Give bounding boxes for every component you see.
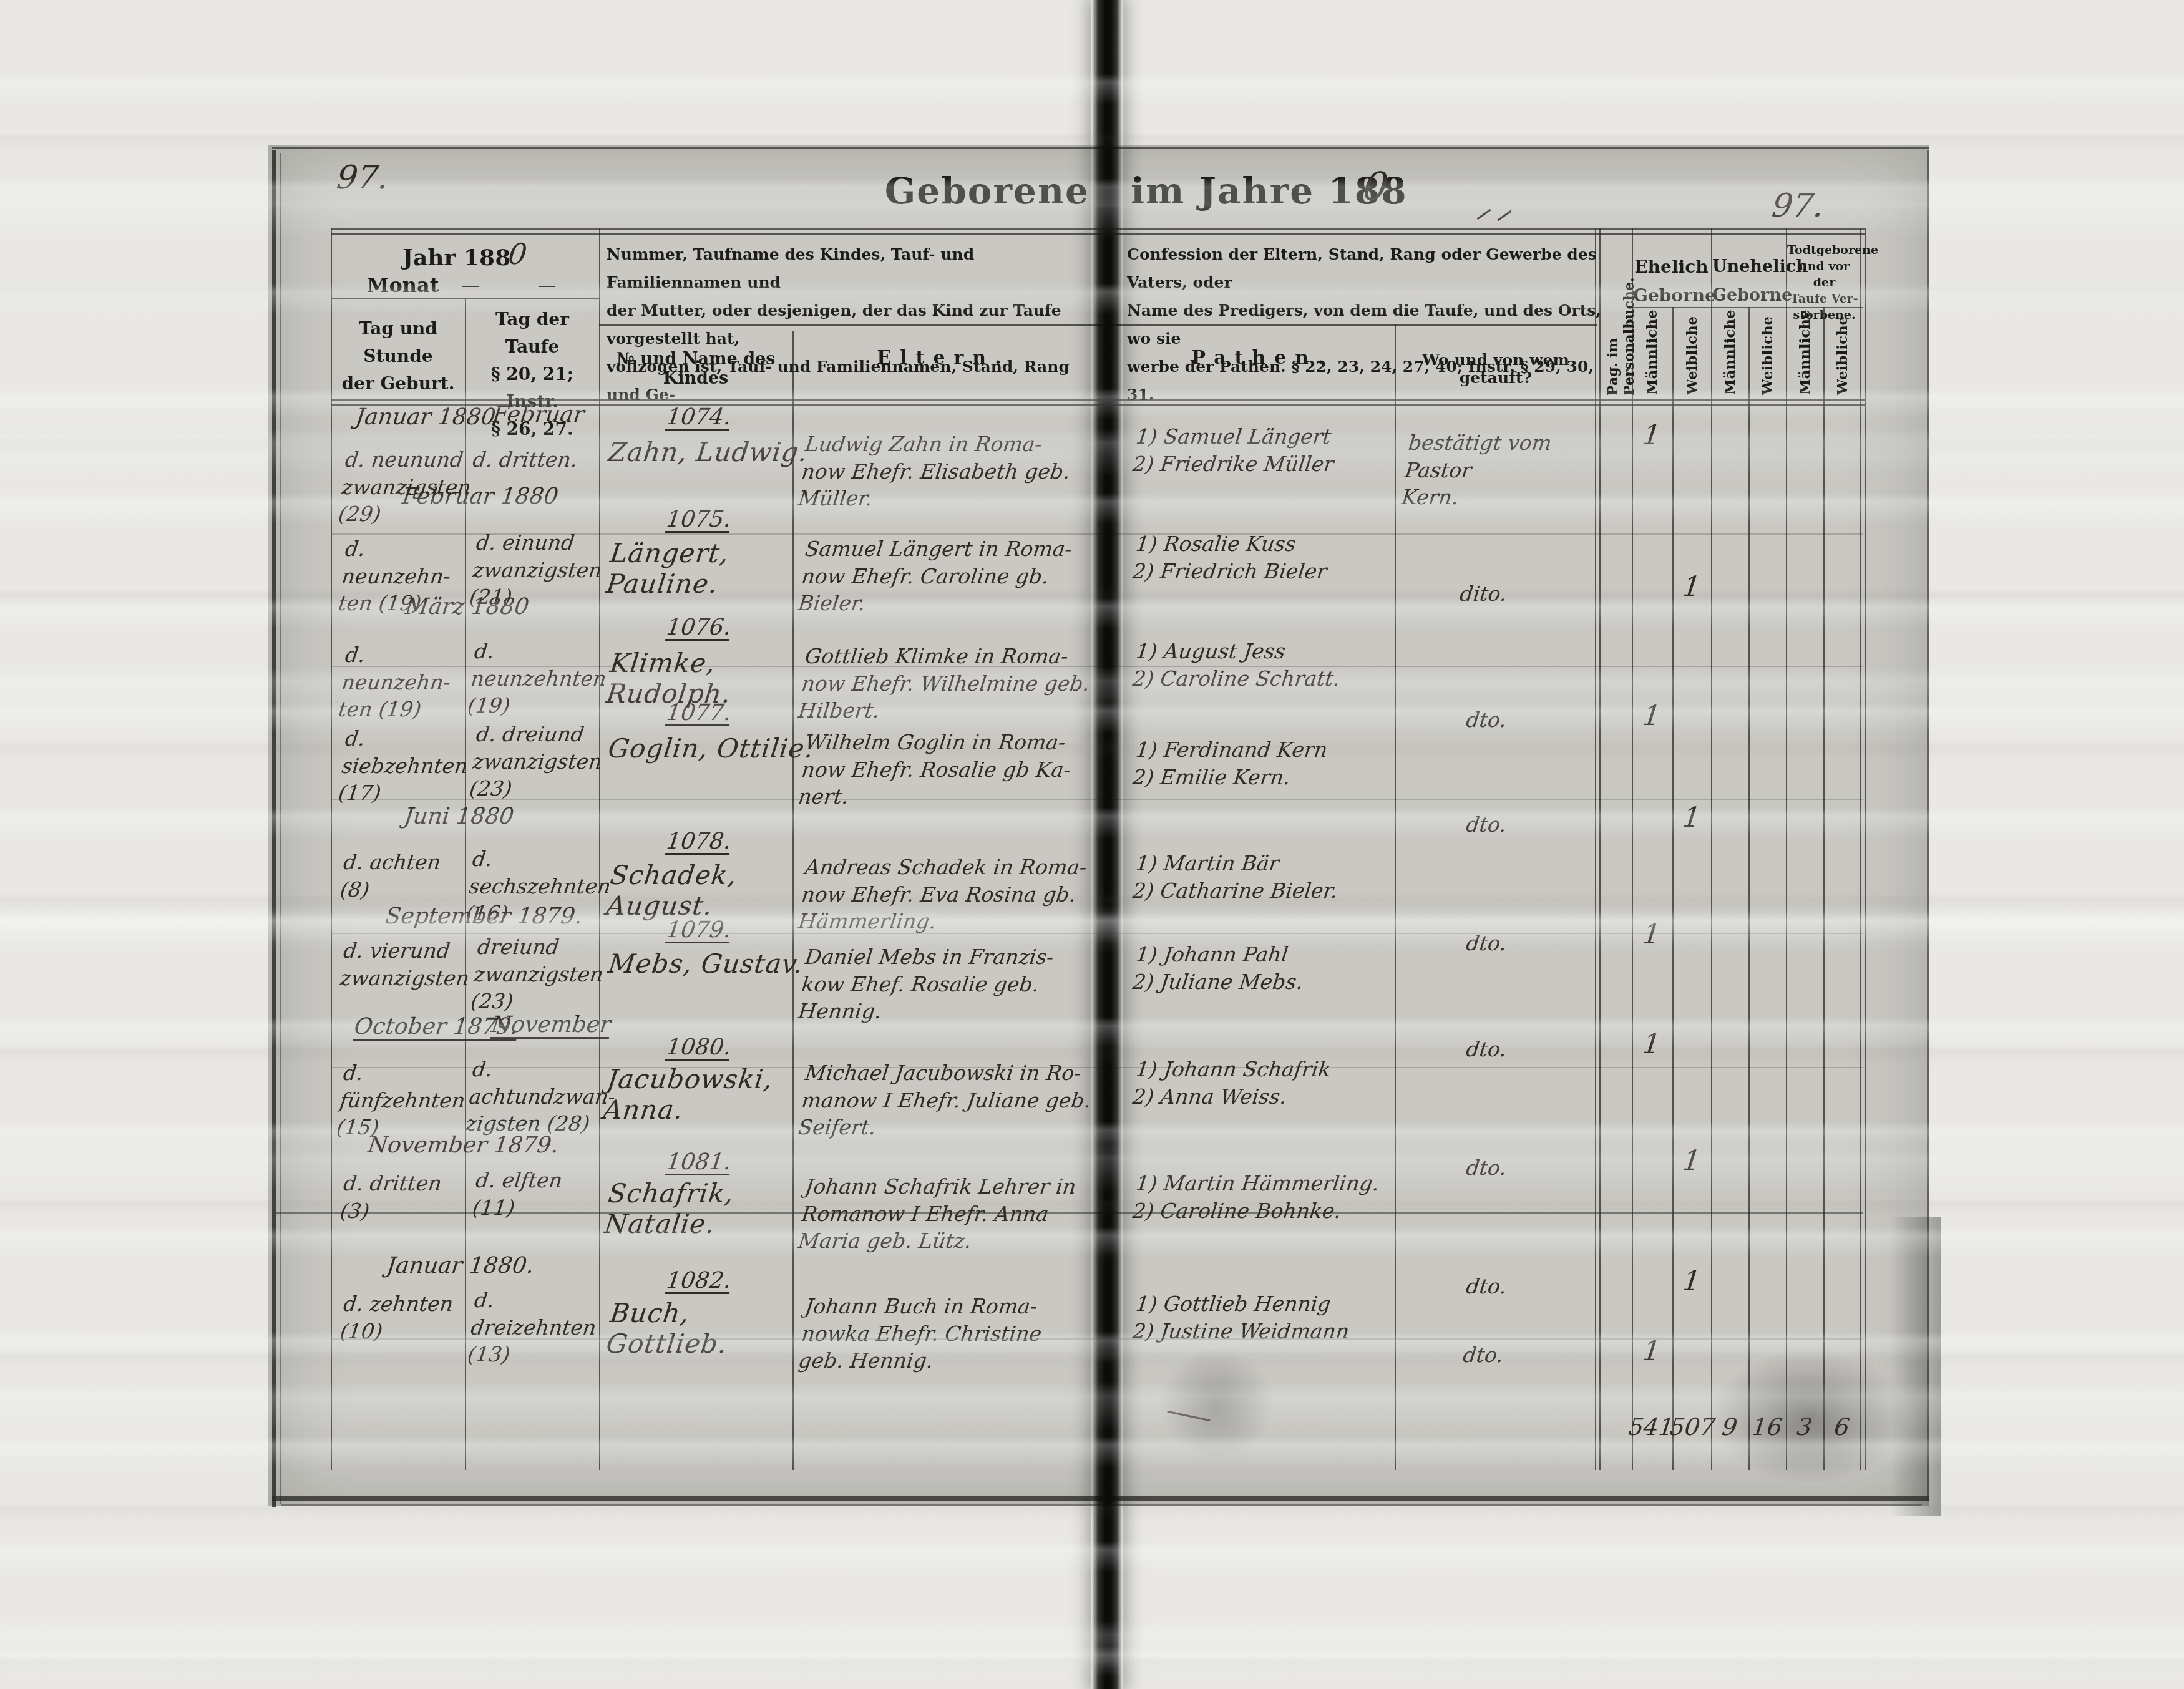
record-baptism-note: dto. xyxy=(1465,1154,1508,1182)
month-header-baptism: November xyxy=(490,1012,612,1038)
record-parents: Johann Schafrik Lehrer in Romanow I Ehef… xyxy=(797,1173,1097,1255)
table-line xyxy=(1748,307,1750,1470)
record-birth-date: d. fünfzehnten (15) xyxy=(335,1059,470,1141)
record-baptism-date: d. dreizehnten (13) xyxy=(466,1287,604,1368)
column-header-where-baptized: Wo und von wem getauft? xyxy=(1397,351,1595,387)
table-line xyxy=(331,228,332,1470)
record-number: 1079. xyxy=(607,917,791,943)
record-baptism-note: dto. xyxy=(1465,930,1508,957)
record-parents: Michael Jacubowski in Ro- manow I Ehefr.… xyxy=(797,1059,1097,1141)
table-line xyxy=(1395,324,1396,1470)
subcolumn-male-stillborn: Männliche xyxy=(1796,315,1813,395)
record-number: 1082. xyxy=(607,1268,791,1293)
total-stillborn-female: 6 xyxy=(1820,1413,1863,1441)
page-number-right: 97. xyxy=(1770,187,1826,225)
column-header-number-name: № und Name des Kindes xyxy=(600,349,791,388)
header-month-dash-left: — xyxy=(461,275,482,296)
record-godparents: 1) Ferdinand Kern 2) Emilie Kern. xyxy=(1131,736,1394,791)
record-birth-date: d. vierund zwanzigsten xyxy=(339,937,467,991)
month-header-baptism: Februar xyxy=(491,402,585,427)
record-baptism-date: d. achtundzwan- zigsten (28) xyxy=(464,1056,607,1137)
column-header-birth: Tag und Stunde der Geburt. xyxy=(333,315,463,397)
month-header-birth: Juni 1880 xyxy=(402,804,515,829)
record-tally-mark: 1 xyxy=(1669,571,1714,603)
record-child-name: Schadek, August. xyxy=(605,860,818,921)
subcolumn-female-legitimate: Weibliche xyxy=(1684,315,1700,395)
record-number: 1077. xyxy=(607,700,791,726)
month-header-birth: März 1880 xyxy=(404,594,530,620)
total-illegitimate-female: 16 xyxy=(1745,1413,1788,1441)
record-godparents: 1) Johann Pahl 2) Juliane Mebs. xyxy=(1131,941,1394,995)
total-legitimate-male: 541 xyxy=(1627,1413,1674,1441)
record-birth-date: d. neunzehn- ten (19) xyxy=(337,641,469,723)
month-header-birth: Januar 1880. xyxy=(385,1253,535,1278)
record-tally-mark: 1 xyxy=(1629,700,1674,732)
record-godparents: 1) Rosalie Kuss 2) Friedrich Bieler xyxy=(1131,530,1394,585)
record-baptism-note: dito. xyxy=(1458,580,1508,608)
subcolumn-female-stillborn: Weibliche xyxy=(1834,315,1851,395)
record-baptism-date: d. neunzehnten (19) xyxy=(466,638,604,719)
record-baptism-date: dreiund zwanzigsten (23) xyxy=(469,933,604,1015)
page-edge-left-inner xyxy=(280,153,281,1504)
record-baptism-note: dto. xyxy=(1461,1341,1505,1369)
record-number: 1081. xyxy=(607,1149,791,1175)
book-gutter-shadow xyxy=(1091,0,1123,1689)
record-godparents: 1) August Jess 2) Caroline Schratt. xyxy=(1131,638,1394,692)
record-godparents: 1) Gottlieb Hennig 2) Justine Weidmann xyxy=(1131,1290,1394,1345)
record-tally-mark: 1 xyxy=(1629,419,1674,451)
record-tally-mark: 1 xyxy=(1669,802,1714,834)
record-baptism-date: d. elften (11) xyxy=(471,1167,603,1221)
table-line xyxy=(1860,228,1861,1470)
record-birth-date: d. dritten (3) xyxy=(339,1170,467,1224)
record-baptism-note: bestätigt vom Pastor Kern. xyxy=(1400,429,1597,511)
register-scan: 97. 97. Geborene im Jahre 188 0 Jahr 188… xyxy=(0,0,2184,1689)
record-number: 1078. xyxy=(607,829,791,854)
table-line xyxy=(1786,228,1787,1470)
record-child-name: Jacubowski, Anna. xyxy=(602,1064,821,1125)
record-baptism-note: dto. xyxy=(1465,1273,1508,1300)
record-birth-date: d. zehnten (10) xyxy=(339,1290,467,1345)
record-child-name: Goglin, Ottilie. xyxy=(607,733,816,764)
record-child-name: Zahn, Ludwig. xyxy=(607,437,816,467)
record-number: 1080. xyxy=(607,1034,791,1060)
header-month-label: Monat xyxy=(367,273,439,297)
month-header-birth: Januar 1880 xyxy=(354,404,497,430)
record-number: 1075. xyxy=(607,507,791,532)
record-baptism-date: d. dritten. xyxy=(471,446,599,474)
record-parents: Daniel Mebs in Franzis- kow Ehef. Rosali… xyxy=(797,943,1097,1025)
record-tally-mark: 1 xyxy=(1629,1028,1674,1060)
subcolumn-male-legitimate: Männliche xyxy=(1644,315,1660,395)
page-edge-left xyxy=(272,150,276,1507)
record-child-name: Buch, Gottlieb. xyxy=(605,1298,818,1359)
record-tally-mark: 1 xyxy=(1669,1145,1714,1177)
table-line xyxy=(1865,228,1866,1470)
record-baptism-note: dto. xyxy=(1465,811,1508,839)
record-baptism-date: d. dreiund zwanzigsten (23) xyxy=(468,721,603,802)
record-parents: Andreas Schadek in Roma- now Ehefr. Eva … xyxy=(797,854,1097,935)
group-header-legitimate: Ehelich Geborne xyxy=(1633,253,1710,310)
record-number: 1074. xyxy=(607,404,791,430)
column-header-godparents: Pathen. xyxy=(1129,347,1395,369)
page-title-left: Geborene xyxy=(867,170,1090,212)
record-child-name: Schafrik, Natalie. xyxy=(603,1178,819,1239)
subcolumn-male-illegitimate: Männliche xyxy=(1722,315,1738,395)
total-illegitimate-male: 9 xyxy=(1708,1413,1751,1441)
record-godparents: 1) Martin Hämmerling. 2) Caroline Bohnke… xyxy=(1131,1170,1400,1224)
subcolumn-female-illegitimate: Weibliche xyxy=(1759,315,1776,395)
record-parents: Samuel Längert in Roma- now Ehefr. Carol… xyxy=(797,535,1097,617)
record-tally-mark: 1 xyxy=(1629,1335,1674,1367)
month-header-birth: September 1879. xyxy=(384,903,583,929)
page-number-left: 97. xyxy=(334,159,391,197)
table-line xyxy=(1599,228,1601,1470)
record-godparents: 1) Samuel Längert 2) Friedrike Müller xyxy=(1131,423,1394,477)
record-number: 1076. xyxy=(607,615,791,640)
table-line xyxy=(1595,228,1596,1470)
record-baptism-note: dto. xyxy=(1465,1036,1508,1063)
record-child-name: Mebs, Gustav. xyxy=(607,948,816,979)
month-header-birth: Februar 1880 xyxy=(401,484,560,509)
record-godparents: 1) Johann Schafrik 2) Anna Weiss. xyxy=(1131,1056,1394,1110)
record-child-name: Längert, Pauline. xyxy=(605,538,818,599)
month-header-birth: November 1879. xyxy=(366,1132,560,1158)
record-parents: Wilhelm Goglin in Roma- now Ehefr. Rosal… xyxy=(797,729,1097,810)
record-tally-mark: 1 xyxy=(1629,918,1674,950)
record-birth-date: d. siebzehnten (17) xyxy=(337,725,469,807)
header-year-label: Jahr 188 xyxy=(402,245,510,271)
table-line xyxy=(1823,307,1825,1470)
record-tally-mark: 1 xyxy=(1669,1265,1714,1297)
record-parents: Johann Buch in Roma- nowka Ehefr. Christ… xyxy=(797,1293,1097,1375)
total-stillborn-male: 3 xyxy=(1783,1413,1826,1441)
header-month-dash-right: — xyxy=(537,275,558,296)
group-header-illegitimate: Unehelich Geborne xyxy=(1712,253,1785,310)
record-godparents: 1) Martin Bär 2) Catharine Bieler. xyxy=(1131,850,1394,904)
record-parents: Gottlieb Klimke in Roma- now Ehefr. Wilh… xyxy=(797,643,1097,724)
table-line xyxy=(1632,228,1633,1470)
column-header-parents: Eltern. xyxy=(794,347,1093,369)
record-birth-date: d. achten (8) xyxy=(339,849,467,903)
page-edge-right xyxy=(1927,150,1929,1501)
record-parents: Ludwig Zahn in Roma- now Ehefr. Elisabet… xyxy=(797,431,1097,512)
record-baptism-note: dto. xyxy=(1465,706,1508,734)
